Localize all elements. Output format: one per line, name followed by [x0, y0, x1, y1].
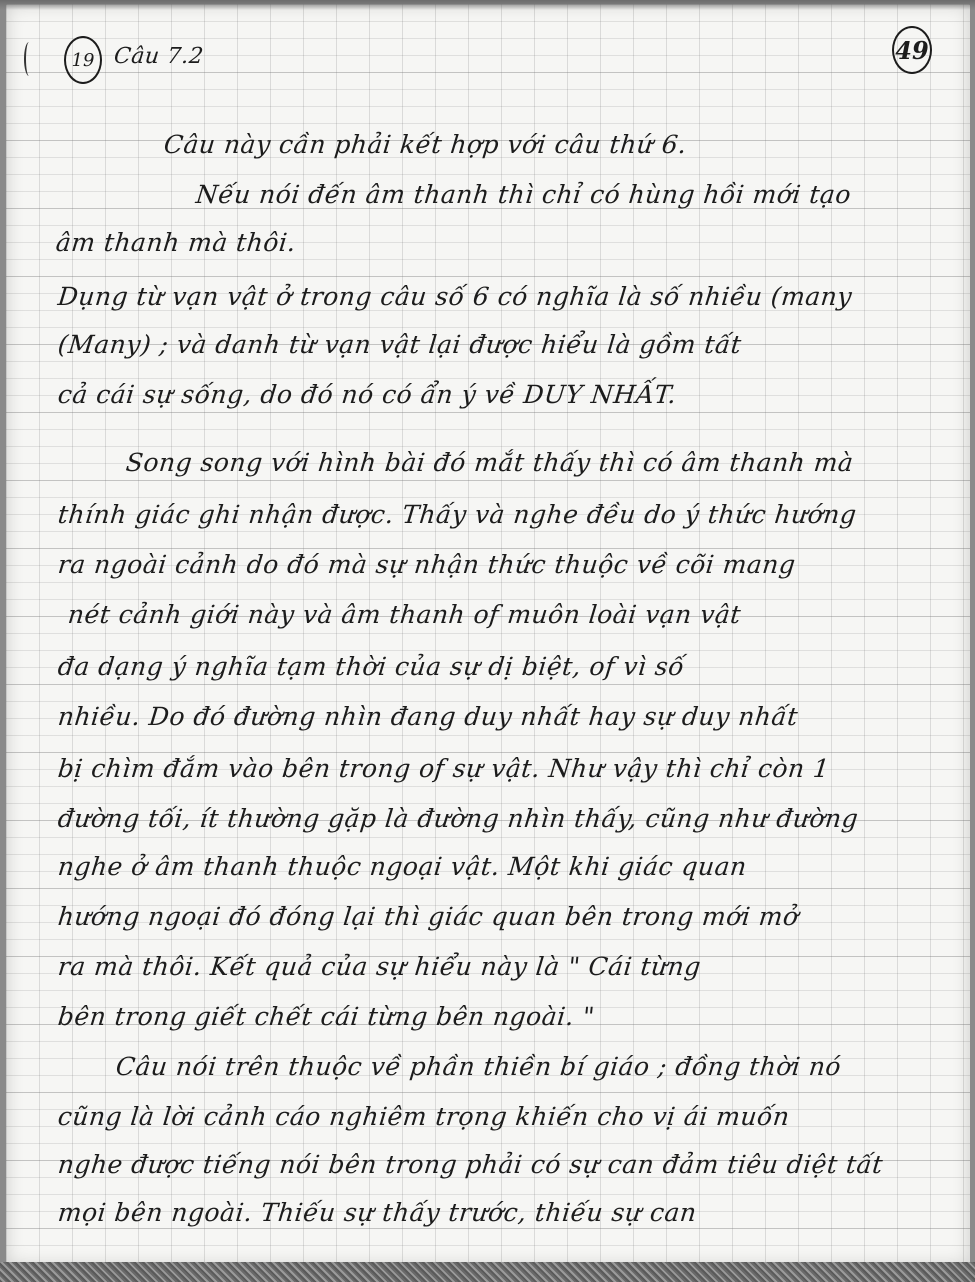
- handwritten-line: nét cảnh giới này và âm thanh of muôn lo…: [66, 600, 742, 629]
- handwritten-line: đa dạng ý nghĩa tạm thời của sự dị biệt,…: [56, 652, 685, 681]
- page-number-text: 49: [895, 36, 928, 65]
- handwritten-line: thính giác ghi nhận được. Thấy và nghe đ…: [56, 500, 858, 529]
- handwritten-line: ra mà thôi. Kết quả của sự hiểu này là "…: [56, 952, 702, 981]
- handwritten-line: mọi bên ngoài. Thiếu sự thấy trước, thiế…: [56, 1198, 698, 1227]
- handwritten-line: ra ngoài cảnh do đó mà sự nhận thức thuộ…: [56, 550, 797, 579]
- handwritten-line: nghe ở âm thanh thuộc ngoại vật. Một khi…: [56, 852, 748, 881]
- handwritten-line: Nếu nói đến âm thanh thì chỉ có hùng hồi…: [194, 180, 852, 209]
- page-number-circled: 49: [892, 26, 932, 74]
- handwritten-line: bị chìm đắm vào bên trong of sự vật. Như…: [56, 754, 831, 783]
- handwritten-line: bên trong giết chết cái từng bên ngoài. …: [56, 1002, 596, 1031]
- handwritten-line: hướng ngoại đó đóng lại thì giác quan bê…: [56, 902, 800, 931]
- handwritten-line: Câu này cần phải kết hợp với câu thứ 6.: [162, 130, 688, 159]
- handwritten-line: (Many) ; và danh từ vạn vật lại được hiể…: [56, 330, 743, 359]
- notebook-page: 19 Câu 7.2 49 Câu này cần phải kết hợp v…: [6, 4, 970, 1266]
- handwritten-line: nghe được tiếng nói bên trong phải có sự…: [56, 1150, 884, 1179]
- question-heading: Câu 7.2: [113, 44, 205, 69]
- item-number-circled: 19: [64, 36, 102, 84]
- scan-edge-top: [0, 0, 975, 10]
- handwritten-line: âm thanh mà thôi.: [54, 228, 297, 257]
- handwritten-line: nhiều. Do đó đường nhìn đang duy nhất ha…: [56, 702, 799, 731]
- scan-edge-bottom: [0, 1262, 975, 1282]
- margin-bracket-mark: [24, 42, 34, 76]
- handwritten-line: đường tối, ít thường gặp là đường nhìn t…: [56, 804, 859, 833]
- handwritten-line: Song song với hình bài đó mắt thấy thì c…: [124, 448, 855, 477]
- handwritten-line: cả cái sự sống, do đó nó có ẩn ý về DUY …: [56, 380, 677, 409]
- handwritten-line: Câu nói trên thuộc về phần thiền bí giáo…: [114, 1052, 842, 1081]
- handwritten-line: Dụng từ vạn vật ở trong câu số 6 có nghĩ…: [56, 282, 853, 311]
- item-number-text: 19: [72, 50, 95, 71]
- handwritten-line: cũng là lời cảnh cáo nghiêm trọng khiến …: [56, 1102, 791, 1131]
